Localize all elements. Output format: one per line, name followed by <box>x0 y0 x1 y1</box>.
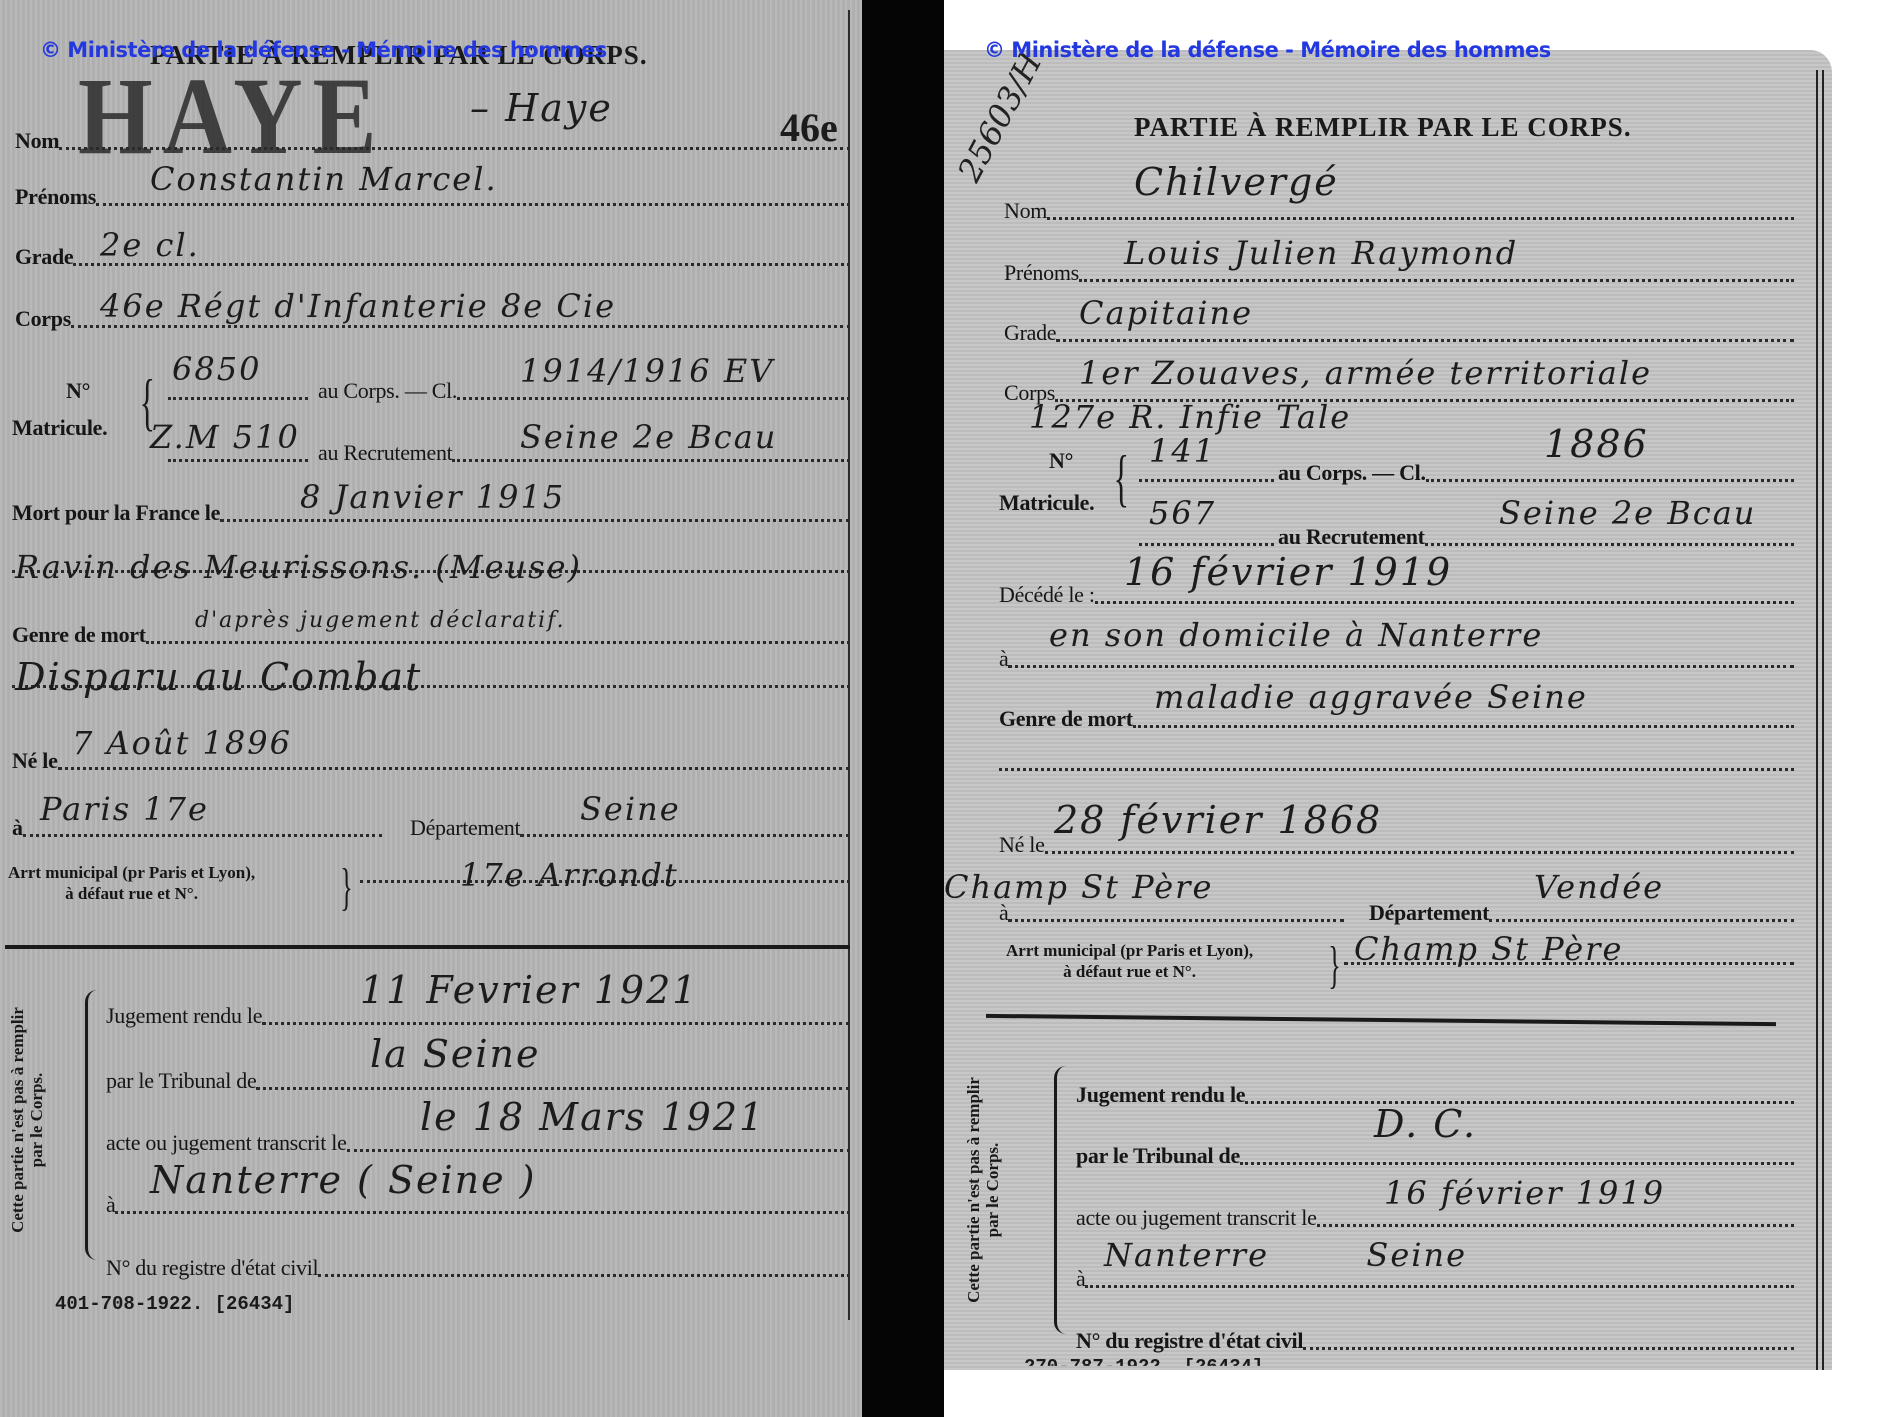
field-value-grade: 2e cl. <box>100 226 200 264</box>
form-reference-code: 401-708-1922. [26434] <box>55 1293 294 1315</box>
card-header: PARTIE À REMPLIR PAR LE CORPS. <box>1134 112 1632 143</box>
brace <box>1054 1066 1067 1334</box>
death-record-card-left: PARTIE À REMPLIR PAR LE CORPS. HAYE 46e … <box>0 0 865 1417</box>
field-value-lieu-deces: en son domicile à Nanterre <box>1049 616 1543 654</box>
field-value-classe: 1914/1916 EV <box>520 352 774 390</box>
card-border-line <box>1822 70 1824 1370</box>
field-value-matricule-corps: 141 <box>1149 432 1216 470</box>
field-nom: Nom <box>1004 198 1794 224</box>
matricule-label: Matricule. <box>12 415 107 441</box>
field-value-departement: Vendée <box>1534 868 1664 906</box>
field-value-tribunal: D. C. <box>1374 1102 1477 1146</box>
brace: } <box>1328 934 1340 998</box>
field-registre: N° du registre d'état civil <box>106 1255 850 1281</box>
side-note: Cette partie n'est pas à remplir par le … <box>8 1000 46 1240</box>
field-value-matricule-corps: 6850 <box>172 350 261 388</box>
field-value-nom: Chilvergé <box>1134 160 1339 204</box>
field-value-decede: 16 février 1919 <box>1124 550 1452 594</box>
field-nom: Nom <box>15 128 850 154</box>
field-value-ne-le: 7 Août 1896 <box>72 724 292 762</box>
section-divider <box>986 1014 1776 1026</box>
field-value-nom: – Haye <box>470 86 613 130</box>
form-reference-code: 270-787-1922. [26434] <box>1024 1356 1263 1370</box>
arr-label: Arrt municipal (pr Paris et Lyon), à déf… <box>8 862 255 904</box>
field-value-corps: 1er Zouaves, armée territoriale <box>1079 354 1652 392</box>
side-note: Cette partie n'est pas à remplir par le … <box>964 1070 1002 1310</box>
field-registre: N° du registre d'état civil <box>1076 1328 1794 1354</box>
matricule-no-label: N° <box>1049 448 1073 474</box>
field-value-recrutement-place: Seine 2e Bcau <box>1499 494 1756 532</box>
field-value-lieu-transcription: Nanterre ( Seine ) <box>150 1158 536 1202</box>
matricule-label: Matricule. <box>999 490 1094 516</box>
field-value-acte: le 18 Mars 1921 <box>420 1095 765 1139</box>
archive-number: 25603/H <box>950 50 1050 188</box>
field-matricule-corps: au Corps. — Cl. <box>1139 460 1794 486</box>
field-tribunal: par le Tribunal de <box>1076 1143 1794 1169</box>
field-value-acte: 16 février 1919 <box>1384 1174 1665 1212</box>
scan-gap <box>862 0 944 1417</box>
field-value-genre-mort: maladie aggravée Seine <box>1154 678 1588 716</box>
field-value-lieu-transcription: Nanterre Seine <box>1104 1236 1467 1274</box>
copyright-watermark: © Ministère de la défense - Mémoire des … <box>40 38 607 62</box>
field-value-corps: 46e Régt d'Infanterie 8e Cie <box>100 287 616 325</box>
field-value-classe: 1886 <box>1544 422 1649 466</box>
field-value-prenoms: Louis Julien Raymond <box>1124 234 1518 272</box>
field-label: Nom <box>15 128 59 154</box>
field-value-matricule-recrutement: Z.M 510 <box>150 418 300 456</box>
field-value-prenoms: Constantin Marcel. <box>150 160 498 198</box>
section-divider <box>5 945 850 949</box>
brace: } <box>340 856 352 920</box>
death-record-card-right: 25603/H PARTIE À REMPLIR PAR LE CORPS. N… <box>944 50 1832 1370</box>
field-value-arr-municipal: 17e Arrondt <box>460 856 679 894</box>
field-value-matricule-recrutement: 567 <box>1149 494 1216 532</box>
card-border-line <box>1816 70 1818 1370</box>
brace <box>85 990 98 1260</box>
field-value-ne-le: 28 février 1868 <box>1054 798 1382 842</box>
field-genre-mort-line2 <box>999 768 1794 775</box>
field-value-tribunal: la Seine <box>370 1032 541 1076</box>
copyright-watermark: © Ministère de la défense - Mémoire des … <box>984 38 1551 62</box>
field-value-jugement: 11 Fevrier 1921 <box>360 968 698 1012</box>
field-value-lieu-mort: Ravin des Meurissons. (Meuse) <box>15 548 582 586</box>
field-value-departement: Seine <box>580 790 681 828</box>
field-value-mort: 8 Janvier 1915 <box>300 478 565 516</box>
field-value-grade: Capitaine <box>1079 294 1253 332</box>
field-value-corps-2: 127e R. Infie Tale <box>1029 398 1351 436</box>
field-value-lieu-naissance: Paris 17e <box>40 790 209 828</box>
field-value-genre-mort-2: Disparu au Combat <box>15 655 422 699</box>
field-value-lieu-naissance: Champ St Père <box>944 868 1213 906</box>
arr-label: Arrt municipal (pr Paris et Lyon), à déf… <box>1006 940 1253 982</box>
field-value-recrutement-place: Seine 2e Bcau <box>520 418 777 456</box>
field-value-genre-mort: d'après jugement déclaratif. <box>195 608 566 633</box>
field-value-arr-municipal: Champ St Père <box>1354 930 1623 968</box>
matricule-no-label: N° <box>66 378 90 404</box>
brace: { <box>1114 446 1129 510</box>
